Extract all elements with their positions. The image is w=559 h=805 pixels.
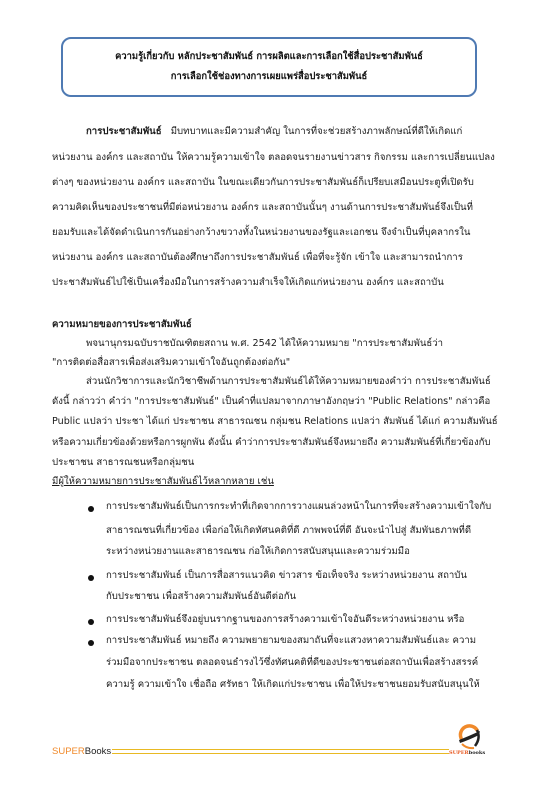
intro-line-3: ความคิดเห็นของประชาชนที่มีต่อหน่วยงาน อง…	[52, 201, 473, 215]
document-page: ความรู้เกี่ยวกับ หลักประชาสัมพันธ์ การผล…	[0, 0, 559, 805]
bullet-icon	[88, 619, 94, 625]
title-box: ความรู้เกี่ยวกับ หลักประชาสัมพันธ์ การผล…	[61, 37, 477, 97]
intro-text-0: มีบทบาทและมีความสำคัญ ในการที่จะช่วยสร้า…	[171, 126, 463, 137]
intro-line-1: หน่วยงาน องค์กร และสถาบัน ให้ความรู้ความ…	[52, 151, 495, 165]
brand-super: SUPER	[52, 746, 85, 757]
section-heading: ความหมายของการประชาสัมพันธ์	[52, 318, 192, 332]
intro-line-5: หน่วยงาน องค์กร และสถาบันต้องศึกษาถึงการ…	[52, 251, 463, 265]
meaning-line-4: Public แปลว่า ประชา ได้แก่ ประชาชน สาธาร…	[52, 415, 498, 429]
bullet-4-line-2: ความรู้ ความเข้าใจ เชื่อถือ ศรัทธา ให้เก…	[106, 678, 480, 692]
underlined-intro: มีผู้ให้ความหมายการประชาสัมพันธ์ไว้หลากห…	[52, 475, 274, 489]
bullet-3-line-0: การประชาสัมพันธ์จึงอยู่บนรากฐานของการสร้…	[106, 613, 464, 627]
meaning-line-0: พจนานุกรมฉบับราชบัณฑิตยสถาน พ.ศ. 2542 ได…	[86, 337, 443, 351]
bullet-1-line-1: สาธารณชนที่เกี่ยวข้อง เพื่อก่อให้เกิดทัศ…	[106, 524, 471, 538]
bullet-2-line-0: การประชาสัมพันธ์ เป็นการสื่อสารแนวคิด ข่…	[106, 569, 467, 583]
footer-divider	[112, 749, 449, 754]
meaning-line-2: ส่วนนักวิชาการและนักวิชาชีพด้านการประชาส…	[86, 375, 491, 389]
bullet-icon	[88, 575, 94, 581]
footer-brand: SUPERBooks	[52, 746, 111, 757]
intro-line-4: ยอมรับและได้จัดดำเนินการกันอย่างกว้างขวา…	[52, 226, 471, 240]
bullet-2-line-1: กับประชาชน เพื่อสร้างความสัมพันธ์อันดีต่…	[106, 590, 296, 604]
logo-super: SUPER	[449, 750, 469, 756]
meaning-line-3: ดังนี้ กล่าวว่า คำว่า "การประชาสัมพันธ์"…	[52, 395, 490, 409]
meaning-line-1: "การติดต่อสื่อสารเพื่อส่งเสริมความเข้าใจ…	[52, 356, 290, 370]
intro-lead-bold: การประชาสัมพันธ์	[86, 126, 162, 137]
bullet-1-line-0: การประชาสัมพันธ์เป็นการกระทำที่เกิดจากกา…	[106, 500, 491, 514]
logo-wordmark: SUPERbooks	[449, 750, 485, 756]
bullet-icon	[88, 506, 94, 512]
title-line-2: การเลือกใช้ช่องทางการเผยแพร่สื่อประชาสัม…	[171, 67, 367, 87]
title-line-1: ความรู้เกี่ยวกับ หลักประชาสัมพันธ์ การผล…	[115, 47, 423, 67]
bullet-1-line-2: ระหว่างหน่วยงานและสาธารณชน ก่อให้เกิดการ…	[106, 545, 410, 559]
logo-books: books	[469, 750, 485, 756]
meaning-line-6: ประชาชน สาธารณชนหรือกลุ่มชน	[52, 456, 194, 470]
intro-line-2: ต่างๆ ของหน่วยงาน องค์กร และสถาบัน ในขณะ…	[52, 176, 474, 190]
meaning-line-5: หรือความเกี่ยวข้องด้วยหรือการผูกพัน ดังน…	[52, 436, 491, 450]
brand-books: Books	[85, 746, 111, 757]
intro-line-0: การประชาสัมพันธ์ มีบทบาทและมีความสำคัญ ใ…	[86, 125, 462, 139]
bullet-4-line-0: การประชาสัมพันธ์ หมายถึง ความพยายามของสม…	[106, 634, 476, 648]
bullet-4-line-1: ร่วมมือจากประชาชน ตลอดจนธำรงไว้ซึ่งทัศนค…	[106, 656, 478, 670]
bullet-icon	[88, 640, 94, 646]
intro-line-6: ประชาสัมพันธ์ไปใช้เป็นเครื่องมือในการสร้…	[52, 276, 444, 290]
